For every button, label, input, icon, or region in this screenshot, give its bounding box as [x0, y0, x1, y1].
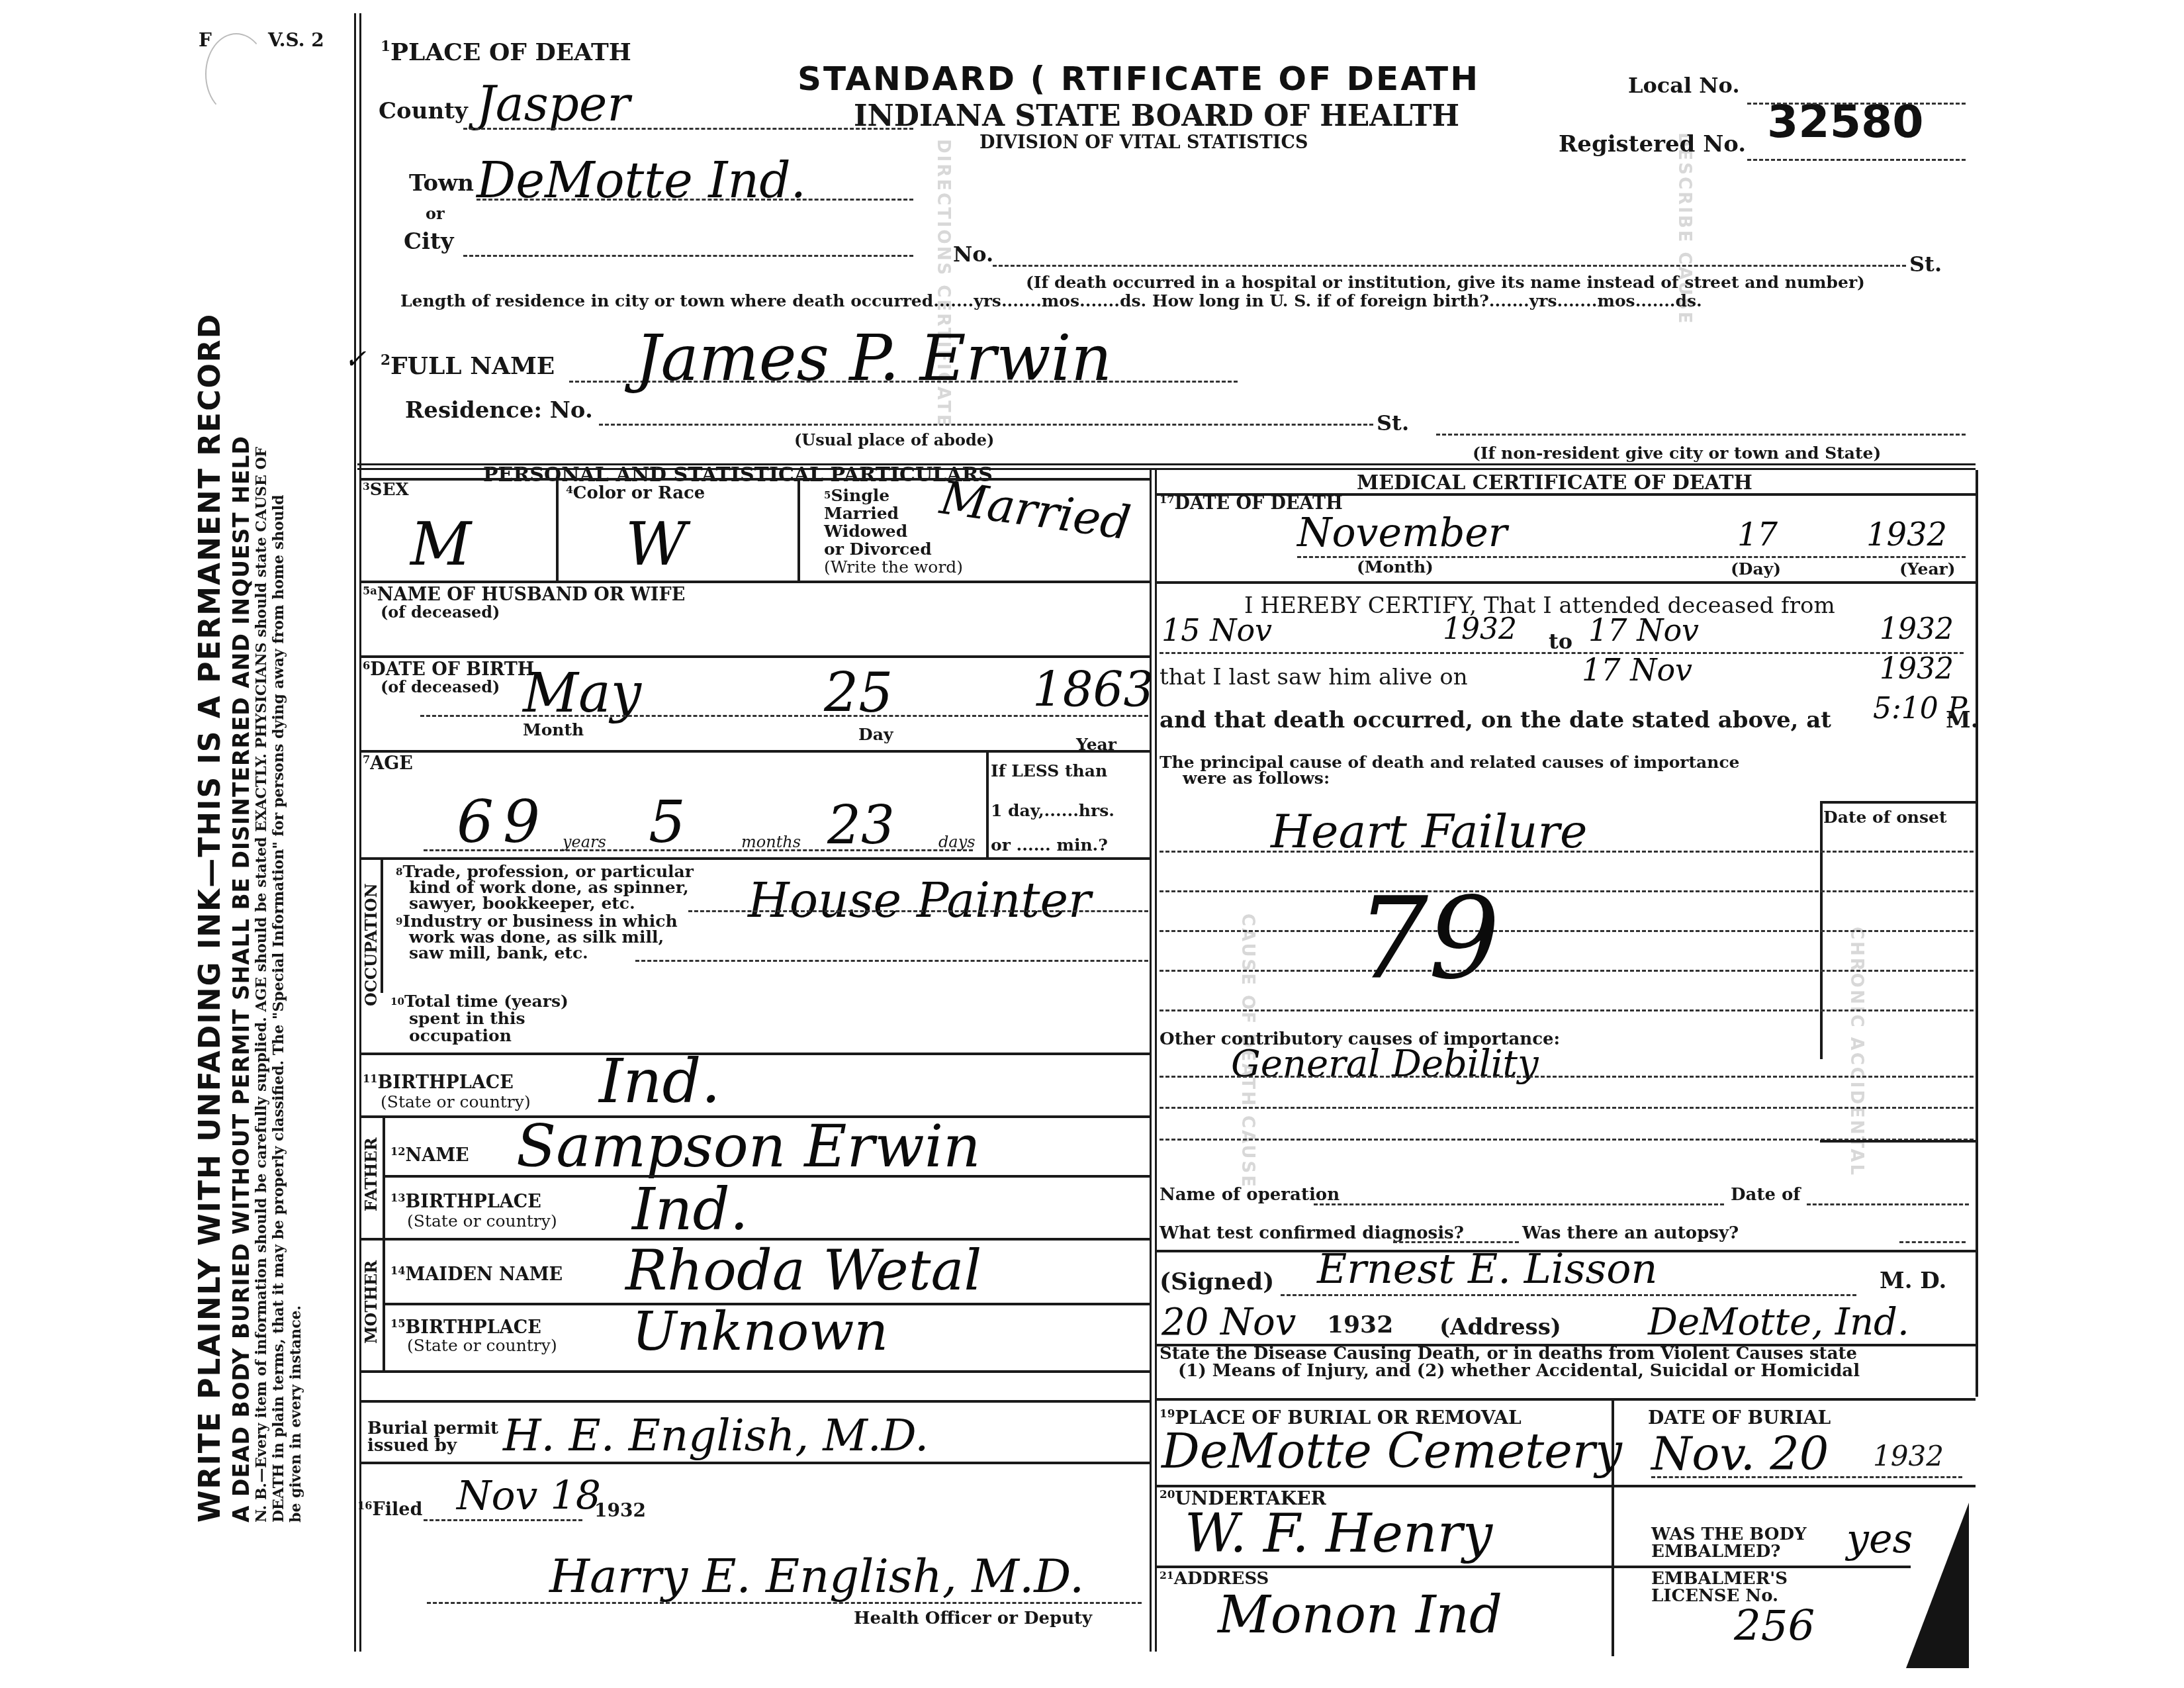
father-birthplace-value[interactable]: Ind. [632, 1175, 749, 1243]
center-divider [1150, 470, 1157, 1652]
dod-year-label: (Year) [1899, 559, 1956, 579]
cause-line-5 [1160, 1009, 1974, 1011]
m-label: M. [1946, 707, 1978, 733]
nonresident-note: (If non-resident give city or town and S… [1473, 444, 1881, 463]
filed-year: 1932 [594, 1499, 646, 1521]
months-label: months [741, 833, 801, 851]
dob-day-label: Day [858, 725, 893, 744]
margin-note-2: DEATH in plain terms, that it may be pro… [270, 494, 287, 1523]
burial-date-label: DATE OF BURIAL [1648, 1407, 1831, 1429]
margin-permanent-record: WRITE PLAINLY WITH UNFADING INK—THIS IS … [193, 313, 227, 1523]
certify-text: I HEREBY CERTIFY, That I attended deceas… [1244, 592, 1835, 619]
margin-disinterred-warning: A DEAD BODY BURIED WITHOUT PERMIT SHALL … [228, 436, 254, 1523]
row-rule [383, 1175, 1150, 1178]
license-label: EMBALMER'SLICENSE No. [1651, 1570, 1788, 1605]
physician-address[interactable]: DeMotte, Ind. [1648, 1301, 1909, 1344]
hospital-note: (If death occurred in a hospital or inst… [1026, 273, 1865, 292]
row-rule [361, 1370, 1150, 1373]
attended-to-year[interactable]: 1932 [1880, 612, 1954, 646]
autopsy-label: Was there an autopsy? [1522, 1223, 1739, 1243]
mother-birthplace-sub: (State or country) [407, 1336, 557, 1355]
sign-year: 1932 [1327, 1311, 1393, 1338]
health-officer-line [427, 1602, 1142, 1604]
personal-heading: PERSONAL AND STATISTICAL PARTICULARS [483, 463, 993, 487]
row-rule [361, 857, 1150, 860]
full-name-label: 2FULL NAME [381, 352, 555, 380]
county-value[interactable]: Jasper [477, 76, 630, 132]
mother-birthplace-value[interactable]: Unknown [632, 1301, 888, 1362]
dod-month-label: (Month) [1357, 557, 1433, 577]
father-birthplace-label: 13BIRTHPLACE [390, 1192, 541, 1212]
name-check-mark: ✓ [344, 344, 367, 375]
autopsy-field[interactable] [1899, 1241, 1966, 1243]
trade-value[interactable]: House Painter [748, 872, 1091, 928]
burial-permit-label: Burial permitissued by [367, 1420, 498, 1454]
personal-heading-rule [361, 478, 1150, 481]
city-label: City [404, 228, 453, 255]
attended-from-year[interactable]: 1932 [1443, 612, 1517, 646]
town-line [477, 199, 913, 201]
street-field[interactable] [993, 265, 1906, 267]
industry-field[interactable] [635, 960, 1148, 962]
operation-date-label: Date of [1731, 1185, 1801, 1205]
spouse-sub: (of deceased) [381, 602, 500, 622]
row-rule [361, 1462, 1150, 1464]
town-value[interactable]: DeMotte Ind. [477, 152, 806, 209]
residence-label: Residence: No. [405, 397, 593, 424]
less-than-divider [986, 751, 989, 857]
marital-value[interactable]: Married [937, 470, 1134, 550]
row-rule [1156, 1566, 1911, 1568]
birthplace-label: 11BIRTHPLACE [363, 1072, 514, 1093]
trade-line [688, 910, 1148, 912]
vs-code: V.S. 2 [268, 29, 324, 51]
signed-label: (Signed) [1160, 1268, 1274, 1295]
signed-line [1281, 1294, 1856, 1296]
registered-no-field[interactable] [1747, 159, 1966, 161]
mother-side-label: MOTHER [361, 1260, 381, 1344]
occupation-divider [381, 857, 383, 993]
mother-maiden-value[interactable]: Rhoda Wetal [625, 1238, 981, 1303]
form-code: F [199, 29, 212, 51]
residence-st-label: St. [1377, 410, 1409, 436]
cause-label: The principal cause of death and related… [1160, 755, 1740, 786]
health-officer-signature[interactable]: Harry E. English, M.D. [549, 1549, 1084, 1603]
full-name-value[interactable]: James P. Erwin [635, 321, 1112, 395]
contrib-line-2 [1160, 1107, 1974, 1109]
town-label: Town [409, 170, 474, 197]
dob-line [420, 715, 1148, 717]
death-occurred-label: and that death occurred, on the date sta… [1160, 707, 1831, 733]
burial-date-value[interactable]: Nov. 20 [1651, 1427, 1829, 1481]
dob-year[interactable]: 1863 [1032, 662, 1154, 718]
division-name: DIVISION OF VITAL STATISTICS [979, 132, 1308, 153]
filed-value[interactable]: Nov 18 [457, 1473, 601, 1519]
attended-line [1160, 652, 1964, 654]
operation-field[interactable] [1314, 1203, 1724, 1205]
dod-year[interactable]: 1932 [1866, 516, 1947, 553]
dod-day[interactable]: 17 [1737, 516, 1778, 553]
residence-state-field[interactable] [1436, 434, 1966, 436]
dob-sub: (of deceased) [381, 677, 500, 696]
residence-field[interactable] [599, 424, 1373, 426]
attended-to[interactable]: 17 Nov [1588, 612, 1699, 648]
birthplace-sub: (State or country) [381, 1092, 531, 1111]
last-saw-label: that I last saw him alive on [1160, 664, 1468, 690]
father-side-label: FATHER [361, 1137, 381, 1211]
dob-month-label: Month [523, 720, 584, 739]
row-rule [361, 655, 1150, 658]
margin-note-3: be given in every instance. [287, 1305, 304, 1523]
occupation-side-label: OCCUPATION [361, 883, 381, 1006]
less-than-label: If LESS than [991, 761, 1107, 780]
burial-permit-value[interactable]: H. E. English, M.D. [503, 1410, 929, 1461]
filed-label: 16Filed [357, 1499, 422, 1520]
onset-rule [1820, 801, 1976, 804]
row-rule [1156, 581, 1976, 584]
burial-date-year: 1932 [1873, 1440, 1944, 1472]
row-rule [361, 1053, 1150, 1055]
days-label: days [938, 833, 976, 851]
undertaker-value[interactable]: W. F. Henry [1185, 1503, 1492, 1564]
father-name-label: 12NAME [390, 1145, 469, 1166]
less-than-minutes: or ...... min.? [991, 835, 1108, 855]
or-label: or [426, 204, 445, 223]
test-label: What test confirmed diagnosis? [1160, 1223, 1464, 1243]
years-label: years [563, 833, 606, 851]
birthplace-value[interactable]: Ind. [599, 1046, 721, 1117]
street-st-label: St. [1909, 252, 1942, 277]
filed-line [424, 1519, 582, 1521]
test-field[interactable] [1393, 1241, 1519, 1243]
sex-divider [556, 478, 559, 581]
father-birthplace-sub: (State or country) [407, 1211, 557, 1231]
residence-length: Length of residence in city or town wher… [400, 291, 1702, 310]
age-label: 7AGE [363, 753, 413, 774]
operation-date-field[interactable] [1807, 1203, 1969, 1205]
attended-from[interactable]: 15 Nov [1161, 612, 1272, 648]
age-days[interactable]: 23 [827, 794, 895, 856]
footnote-2: (1) Means of Injury, and (2) whether Acc… [1178, 1361, 1860, 1381]
abode-note: (Usual place of abode) [794, 430, 994, 449]
cause-line-1 [1160, 851, 1974, 853]
health-officer-label: Health Officer or Deputy [854, 1609, 1092, 1628]
trade-label: 8Trade, profession, or particular kind o… [396, 864, 694, 912]
last-saw-year[interactable]: 1932 [1880, 652, 1954, 686]
color-divider [797, 478, 800, 581]
cause-line-2 [1160, 890, 1974, 892]
contributory-value[interactable]: General Debility [1231, 1043, 1539, 1086]
physician-signature[interactable]: Ernest E. Lisson [1317, 1244, 1658, 1293]
to-label: to [1549, 629, 1572, 654]
burial-place-value[interactable]: DeMotte Cemetery [1161, 1423, 1622, 1479]
form-right-border [1976, 470, 1978, 1397]
mother-birthplace-label: 15BIRTHPLACE [390, 1317, 541, 1338]
board-name: INDIANA STATE BOARD OF HEALTH [854, 99, 1459, 133]
less-than-hours: 1 day,......hrs. [991, 801, 1115, 820]
row-rule [361, 1400, 1150, 1403]
place-of-death-heading: 1PLACE OF DEATH [381, 38, 631, 66]
margin-note-1: N. B.—Every item of information should b… [253, 447, 270, 1523]
contrib-line-1 [1160, 1076, 1974, 1078]
sex-value[interactable]: M [410, 510, 471, 579]
city-field[interactable] [463, 255, 913, 257]
industry-label: 9Industry or business in which work was … [396, 914, 678, 961]
age-line [424, 849, 973, 851]
embalmed-value[interactable]: yes [1846, 1516, 1913, 1562]
local-no-line [1747, 103, 1966, 105]
dod-day-label: (Day) [1731, 559, 1781, 579]
age-months[interactable]: 5 [649, 788, 686, 856]
street-no-label: No. [953, 242, 993, 267]
onset-bottom-rule [1820, 1140, 1976, 1143]
sign-date[interactable]: 20 Nov [1161, 1301, 1296, 1344]
embalmed-label: WAS THE BODYEMBALMED? [1651, 1526, 1807, 1560]
father-divider [383, 1115, 385, 1370]
time-label: 10Total time (years) spent in this occup… [390, 993, 569, 1045]
father-name-value[interactable]: Sampson Erwin [516, 1112, 981, 1180]
certificate-title: STANDARD ( RTIFICATE OF DEATH [797, 60, 1480, 98]
dod-month[interactable]: November [1297, 510, 1508, 556]
address-label: (Address) [1439, 1314, 1561, 1340]
row-rule [1156, 1398, 1976, 1401]
mother-maiden-label: 14MAIDEN NAME [390, 1264, 563, 1285]
date-of-onset-label: Date of onset [1823, 808, 1947, 827]
punch-hole [205, 33, 267, 115]
local-no-label: Local No. [1628, 73, 1740, 98]
medical-heading: MEDICAL CERTIFICATE OF DEATH [1357, 471, 1752, 494]
row-rule [361, 750, 1150, 753]
cause-line-4 [1160, 970, 1974, 972]
cause-code[interactable]: 79 [1357, 874, 1500, 1005]
color-label: 4Color or Race [566, 483, 705, 503]
row-rule [361, 581, 1150, 583]
county-label: County [379, 98, 468, 124]
color-value[interactable]: W [625, 510, 687, 579]
last-saw-date[interactable]: 17 Nov [1582, 652, 1692, 688]
registered-no-label: Registered No. [1559, 131, 1746, 158]
form-left-border [354, 13, 361, 1652]
operation-label: Name of operation [1160, 1185, 1340, 1205]
cause-line-3 [1160, 930, 1974, 932]
undertaker-address-value[interactable]: Monon Ind [1218, 1585, 1502, 1645]
burial-date-line [1651, 1476, 1962, 1478]
license-value[interactable]: 256 [1734, 1602, 1815, 1651]
county-line [463, 128, 913, 130]
md-label: M. D. [1880, 1268, 1946, 1294]
sex-label: 3SEX [363, 480, 409, 500]
age-years[interactable]: 69 [457, 788, 549, 856]
folded-corner [1906, 1503, 1969, 1668]
